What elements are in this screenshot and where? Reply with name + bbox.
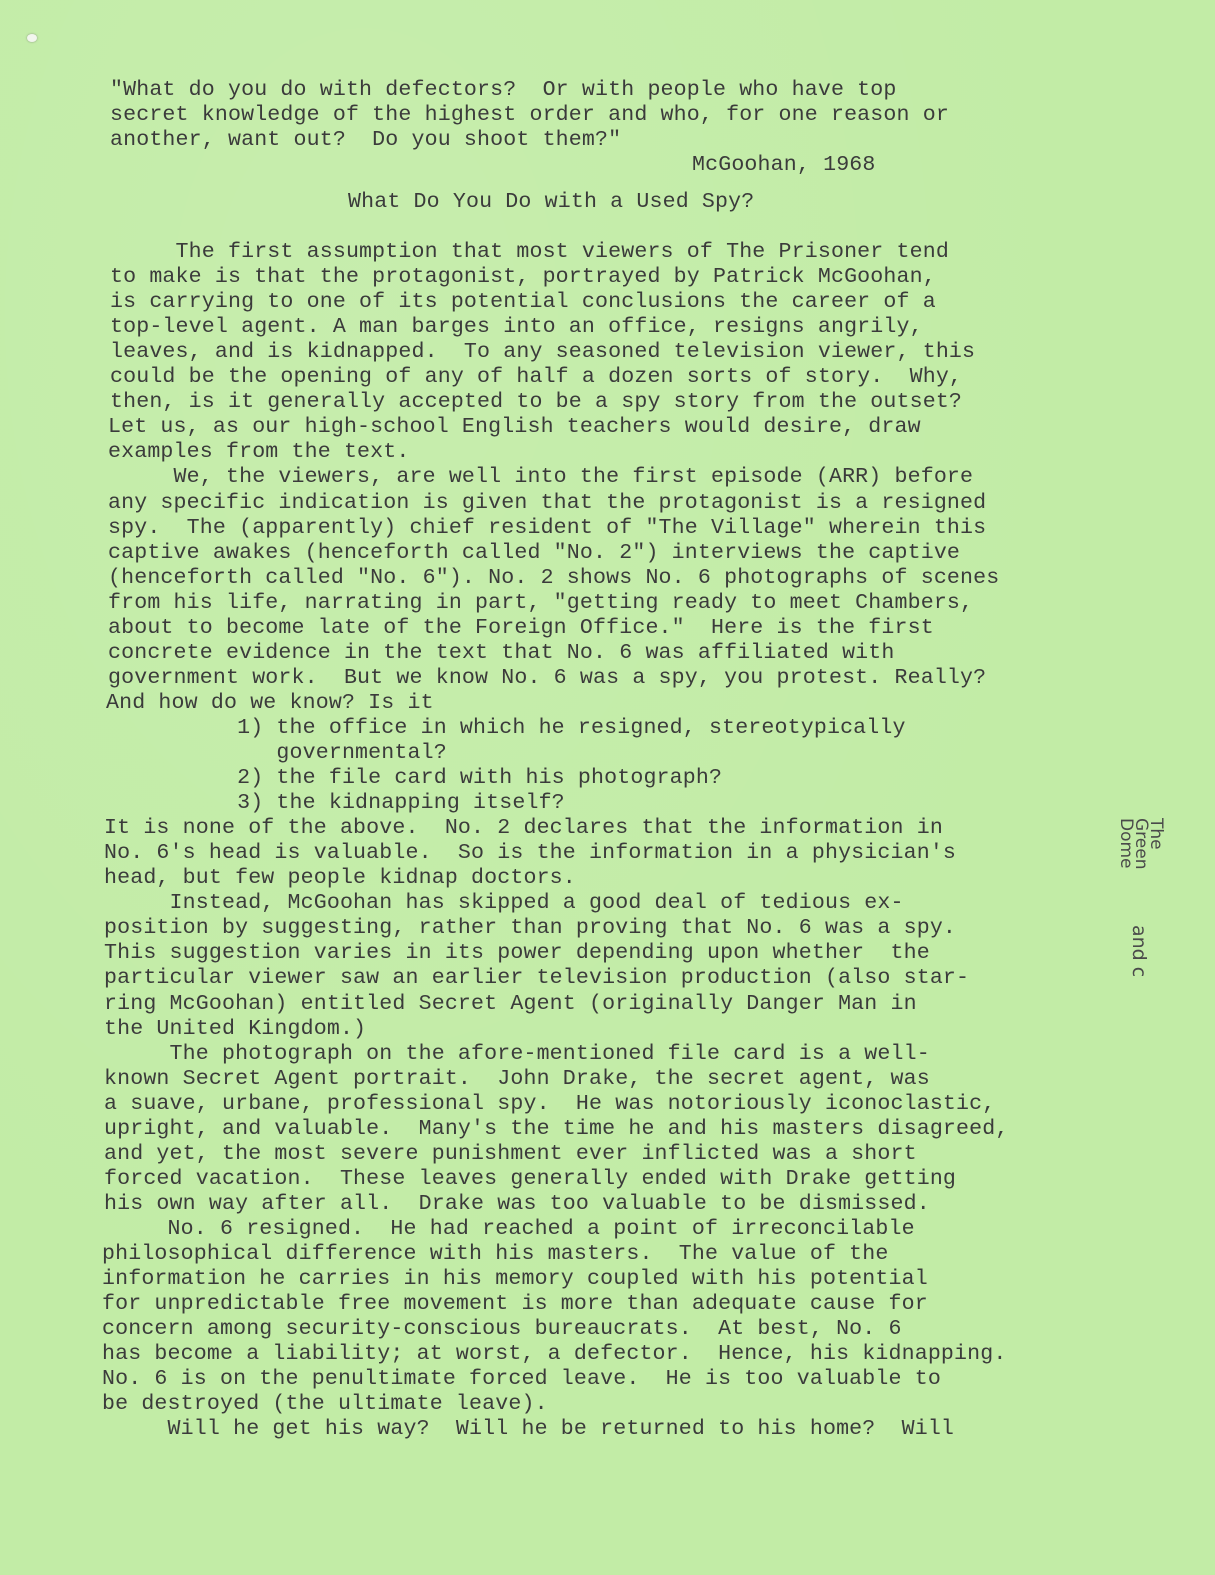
body-line: known Secret Agent portrait. John Drake,… — [104, 1067, 930, 1092]
epigraph-line: "What do you do with defectors? Or with … — [110, 78, 897, 103]
body-line: concern among security-conscious bureauc… — [102, 1317, 902, 1342]
body-line: government work. But we know No. 6 was a… — [108, 666, 986, 691]
body-line: Instead, McGoohan has skipped a good dea… — [104, 891, 904, 916]
epigraph-line: another, want out? Do you shoot them?" — [110, 128, 621, 153]
body-line: about to become late of the Foreign Offi… — [108, 616, 934, 641]
body-line: and yet, the most severe punishment ever… — [104, 1142, 917, 1167]
body-line: examples from the text. — [108, 440, 410, 465]
body-line: Will he get his way? Will he be returned… — [102, 1417, 954, 1442]
stamp-word: Dome — [1116, 818, 1136, 869]
epigraph-line: secret knowledge of the highest order an… — [110, 103, 949, 128]
body-line: This suggestion varies in its power depe… — [104, 941, 930, 966]
body-line: information he carries in his memory cou… — [102, 1267, 928, 1292]
body-line: from his life, narrating in part, "getti… — [108, 591, 973, 616]
body-line: The photograph on the afore-mentioned fi… — [104, 1042, 930, 1067]
body-line: No. 6's head is valuable. So is the info… — [104, 841, 956, 866]
body-line: a suave, urbane, professional spy. He wa… — [104, 1092, 995, 1117]
body-line: concrete evidence in the text that No. 6… — [108, 641, 895, 666]
body-line: upright, and valuable. Many's the time h… — [104, 1117, 1008, 1142]
body-line: is carrying to one of its potential conc… — [110, 290, 936, 315]
body-line: be destroyed (the ultimate leave). — [102, 1392, 548, 1417]
margin-stamp-suffix: and c — [1128, 925, 1150, 977]
body-line: 2) the file card with his photograph? — [106, 766, 722, 791]
body-line: ring McGoohan) entitled Secret Agent (or… — [104, 992, 917, 1017]
body-line: to make is that the protagonist, portray… — [110, 265, 936, 290]
epigraph-attribution: McGoohan, 1968 — [692, 153, 876, 178]
body-line: We, the viewers, are well into the first… — [108, 465, 973, 490]
body-line: The first assumption that most viewers o… — [110, 240, 949, 265]
body-line: Let us, as our high-school English teach… — [108, 415, 921, 440]
body-line: head, but few people kidnap doctors. — [104, 866, 576, 891]
body-line: (henceforth called "No. 6"). No. 2 shows… — [108, 566, 999, 591]
body-line: for unpredictable free movement is more … — [102, 1292, 928, 1317]
body-line: position by suggesting, rather than prov… — [104, 916, 956, 941]
body-line: spy. The (apparently) chief resident of … — [108, 516, 986, 541]
body-line: could be the opening of any of half a do… — [110, 365, 962, 390]
body-line: particular viewer saw an earlier televis… — [104, 966, 969, 991]
margin-stamp-logo: The Green Dome — [1118, 818, 1163, 869]
body-line: governmental? — [106, 741, 447, 766]
body-line: 1) the office in which he resigned, ster… — [106, 716, 906, 741]
body-line: then, is it generally accepted to be a s… — [110, 390, 962, 415]
body-line: No. 6 resigned. He had reached a point o… — [102, 1217, 915, 1242]
body-line: has become a liability; at worst, a defe… — [102, 1342, 1006, 1367]
body-line: the United Kingdom.) — [104, 1017, 366, 1042]
body-line: his own way after all. Drake was too val… — [104, 1192, 930, 1217]
body-line: top-level agent. A man barges into an of… — [110, 315, 923, 340]
body-line: captive awakes (henceforth called "No. 2… — [108, 541, 960, 566]
body-line: It is none of the above. No. 2 declares … — [104, 816, 943, 841]
page-title: What Do You Do with a Used Spy? — [348, 190, 754, 215]
body-line: any specific indication is given that th… — [108, 491, 986, 516]
body-line: forced vacation. These leaves generally … — [104, 1167, 956, 1192]
body-line: leaves, and is kidnapped. To any seasone… — [110, 340, 975, 365]
body-line: philosophical difference with his master… — [102, 1242, 889, 1267]
body-line: And how do we know? Is it — [106, 691, 434, 716]
body-line: 3) the kidnapping itself? — [106, 791, 565, 816]
punch-hole-mark — [27, 34, 37, 42]
document-page: "What do you do with defectors? Or with … — [0, 0, 1215, 1575]
body-line: No. 6 is on the penultimate forced leave… — [102, 1367, 941, 1392]
